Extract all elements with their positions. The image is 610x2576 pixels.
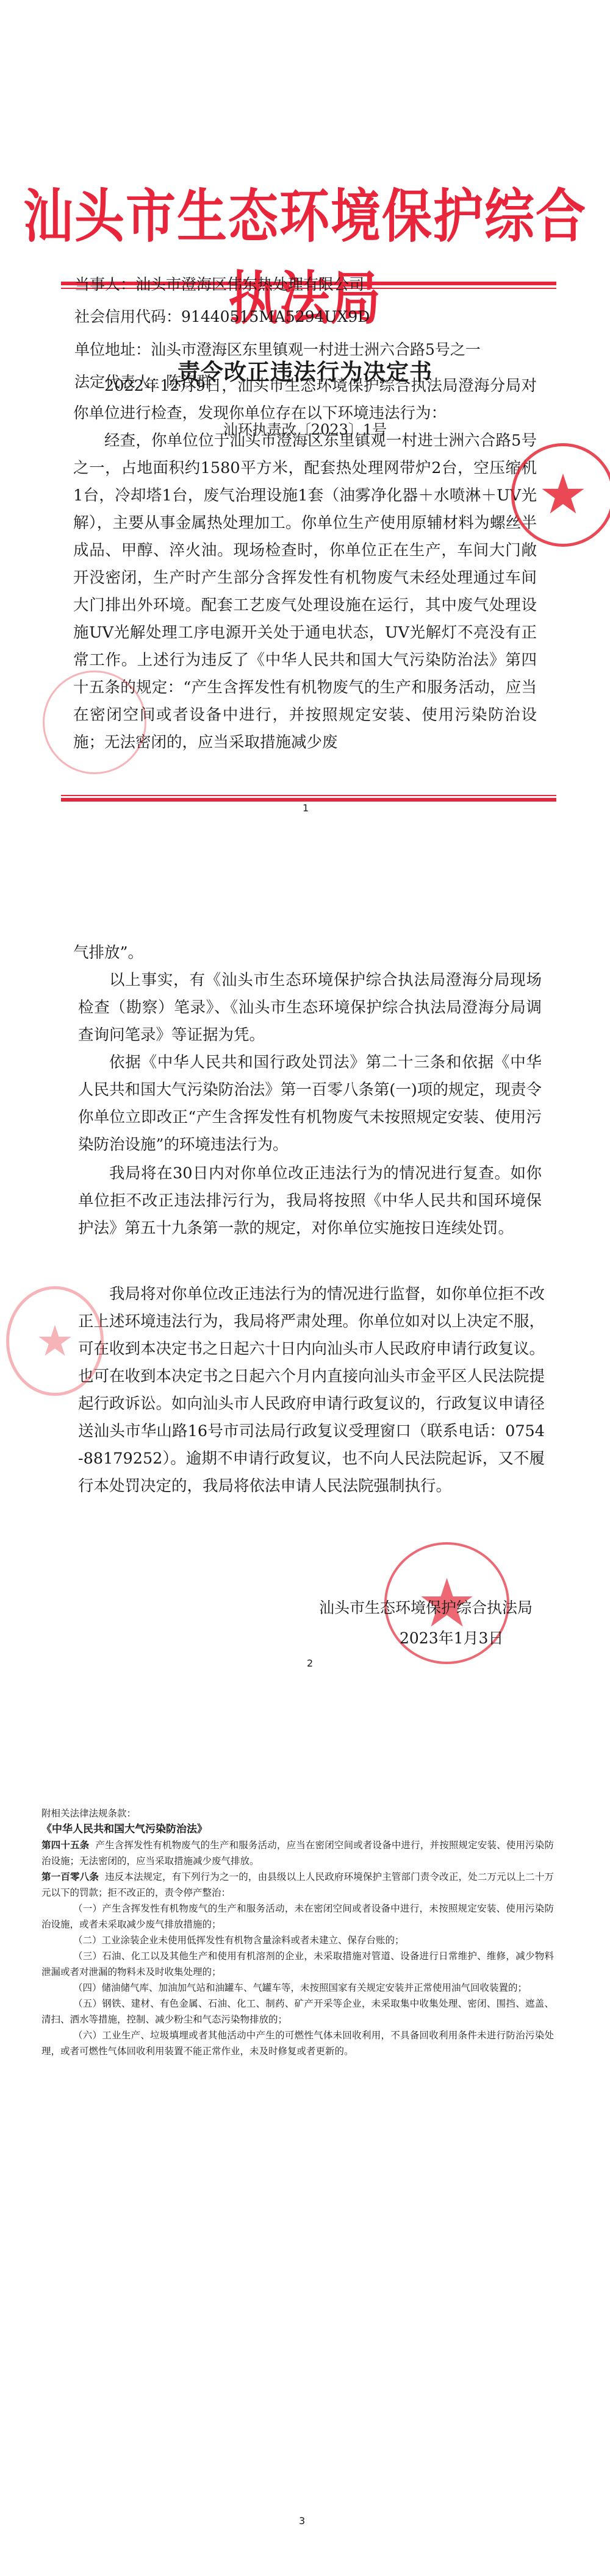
article-108-item-2: （二）工业涂装企业未使用低挥发性有机物含量涂料或者未建立、保存台账的； (41, 1932, 554, 1948)
official-seal-page1: ★ (511, 443, 610, 547)
paragraph-inspection-intro: 2022年12月9日，汕头市生态环境保护综合执法局澄海分局对你单位进行检查，发现… (73, 372, 537, 427)
party-name-label: 当事人： (74, 276, 135, 293)
appendix-article-45: 第四十五条产生含挥发性有机物废气的生产和服务活动，应当在密闭空间或者设备中进行，… (41, 1837, 554, 1869)
inspection-intro-text: 2022年12月9日，汕头市生态环境保护综合执法局澄海分局对你单位进行检查，发现… (73, 377, 537, 422)
page-number-2: 2 (307, 1657, 313, 1669)
page-number-1: 1 (303, 802, 309, 814)
seal-impression-page2-left: ★ (6, 1286, 104, 1396)
review-notice-text: 我局将在30日内对你单位改正违法行为的情况进行复查。如你单位拒不改正违法排污行为… (78, 1164, 542, 1237)
article-108-label: 第一百零八条 (41, 1871, 99, 1882)
appendix-heading: 附相关法律法规条款： (41, 1806, 554, 1821)
credit-code: 91440515MA5294UX9D (181, 308, 370, 326)
address-field: 单位地址：汕头市澄海区东里镇观一村进士洲六合路5号之一 (74, 338, 481, 360)
article-108-item-6: （六）工业生产、垃圾填埋或者其他活动中产生的可燃性气体未回收利用，不具备回收利用… (41, 2027, 554, 2059)
appeal-rights-text: 我局将对你单位改正违法行为的情况进行监督，如你单位拒不改正上述环境违法行为，我局… (78, 1285, 545, 1495)
party-name-field: 当事人：汕头市澄海区伟东热处理有限公司 (74, 272, 364, 294)
article-45-text: 产生含挥发性有机物废气的生产和服务活动，应当在密闭空间或者设备中进行，并按照规定… (41, 1840, 554, 1866)
article-45-label: 第四十五条 (41, 1839, 89, 1851)
signature-date: 2023年1月3日 (400, 1626, 503, 1648)
address-label: 单位地址： (74, 341, 151, 358)
article-108-item-1: （一）产生含挥发性有机物废气的生产和服务活动，未在密闭空间或者设备中进行，未按照… (41, 1901, 554, 1932)
page-number-3: 3 (299, 2515, 305, 2527)
article-108-item-5: （五）钢铁、建材、有色金属、石油、化工、制药、矿产开采等企业，未采取集中收集处理… (41, 1996, 554, 2027)
party-name: 汕头市澄海区伟东热处理有限公司 (135, 276, 364, 293)
article-108-item-4: （四）储油储气库、加油加气站和油罐车、气罐车等，未按照国家有关规定安装并正常使用… (41, 1980, 554, 1996)
paragraph-review-notice: 我局将在30日内对你单位改正违法行为的情况进行复查。如你单位拒不改正违法排污行为… (78, 1160, 542, 1242)
seal-impression-faded (43, 671, 146, 774)
legal-basis-text: 依据《中华人民共和国行政处罚法》第二十三条和依据《中华人民共和国大气污染防治法》… (78, 1053, 542, 1154)
paragraph-legal-basis: 依据《中华人民共和国行政处罚法》第二十三条和依据《中华人民共和国大气污染防治法》… (78, 1049, 542, 1159)
address: 汕头市澄海区东里镇观一村进士洲六合路5号之一 (151, 341, 481, 358)
seal-star-icon: ★ (36, 1320, 74, 1362)
appendix-law-excerpts: 附相关法律法规条款： 《中华人民共和国大气污染防治法》 第四十五条产生含挥发性有… (41, 1806, 554, 2059)
page1-bottom-red-rule (61, 798, 556, 802)
findings-continued-text: 气排放”。 (73, 944, 143, 962)
page1-bottom-red-rule-thin (61, 795, 556, 796)
evidence-text: 以上事实，有《汕头市生态环境保护综合执法局澄海分局现场检查（勘察）笔录》、《汕头… (78, 971, 542, 1044)
paragraph-evidence: 以上事实，有《汕头市生态环境保护综合执法局澄海分局现场检查（勘察）笔录》、《汕头… (78, 967, 542, 1049)
article-108-text: 违反本法规定，有下列行为之一的，由县级以上人民政府环境保护主管部门责令改正，处二… (41, 1871, 554, 1898)
signature-issuer: 汕头市生态环境保护综合执法局 (319, 1596, 533, 1618)
paragraph-appeal-rights: 我局将对你单位改正违法行为的情况进行监督，如你单位拒不改正上述环境违法行为，我局… (78, 1281, 545, 1500)
appendix-law-title: 《中华人民共和国大气污染防治法》 (41, 1821, 554, 1837)
paragraph-findings-continued: 气排放”。 (73, 939, 537, 967)
article-108-item-3: （三）石油、化工以及其他生产和使用有机溶剂的企业，未采取措施对管道、设备进行日常… (41, 1948, 554, 1980)
credit-code-label: 社会信用代码： (74, 308, 181, 326)
appendix-article-108: 第一百零八条违反本法规定，有下列行为之一的，由县级以上人民政府环境保护主管部门责… (41, 1869, 554, 1901)
seal-star-icon: ★ (539, 468, 588, 522)
credit-code-field: 社会信用代码：91440515MA5294UX9D (74, 305, 370, 327)
